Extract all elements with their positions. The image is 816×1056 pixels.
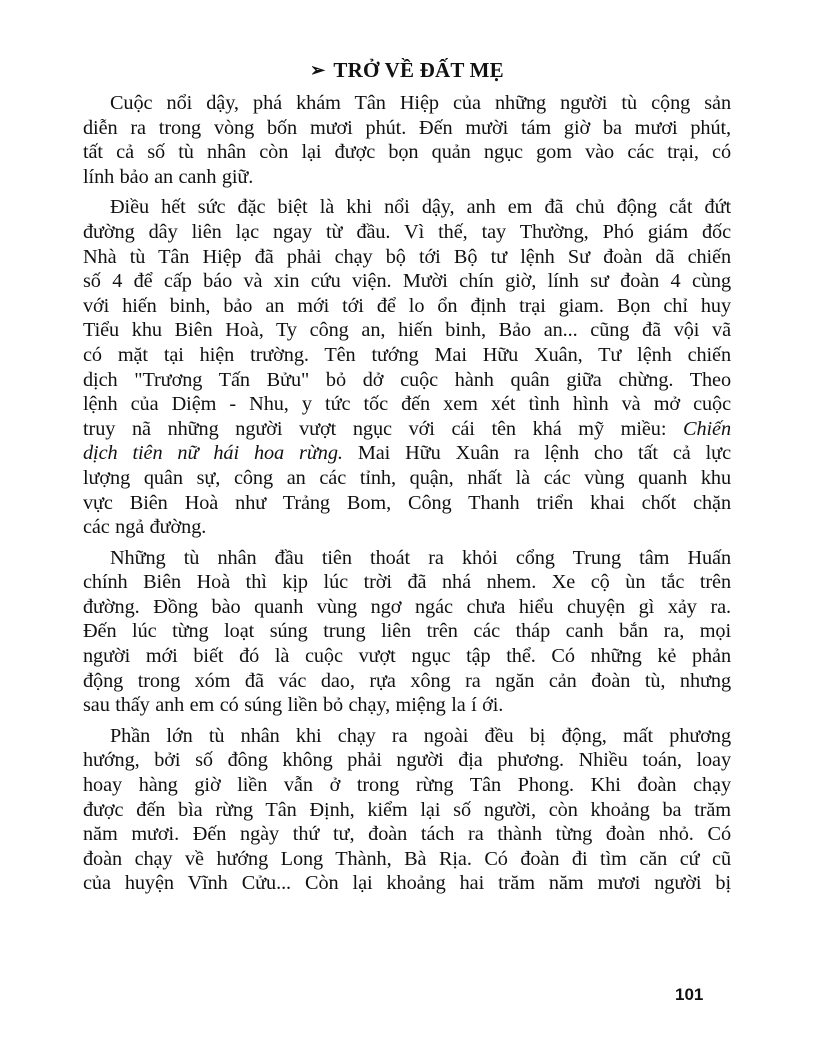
text-line-with-italic: truy nã những người vượt ngục với cái tê… (83, 417, 731, 442)
text-line: lượng quân sự, công an các tỉnh, quận, n… (83, 466, 731, 491)
text-line: vực Biên Hoà như Trảng Bom, Công Thanh t… (83, 491, 731, 516)
text-line: được đến bìa rừng Tân Định, kiểm lại số … (83, 798, 731, 823)
paragraph-3: Những tù nhân đầu tiên thoát ra khỏi cổn… (83, 546, 731, 718)
text-line: Tiểu khu Biên Hoà, Ty công an, hiến binh… (83, 318, 731, 343)
paragraph-1: Cuộc nổi dậy, phá khám Tân Hiệp của nhữn… (83, 91, 731, 189)
text-line: đường. Đồng bào quanh vùng ngơ ngác chưa… (83, 595, 731, 620)
text-line: đường dây liên lạc ngay từ đầu. Vì thế, … (83, 220, 731, 245)
text-line: lính bảo an canh giữ. (83, 165, 731, 190)
book-page: ➢TRỞ VỀ ĐẤT MẸ Cuộc nổi dậy, phá khám Tâ… (83, 56, 731, 902)
text-line: Phần lớn tù nhân khi chạy ra ngoài đều b… (83, 724, 731, 749)
text-line: năm mươi. Đến ngày thứ tư, đoàn tách ra … (83, 822, 731, 847)
text-line: của huyện Vĩnh Cửu... Còn lại khoảng hai… (83, 871, 731, 896)
page-number: 101 (675, 985, 703, 1005)
text-line: diễn ra trong vòng bốn mươi phút. Đến mư… (83, 116, 731, 141)
text-line: tất cả số tù nhân còn lại được bọn quản … (83, 140, 731, 165)
text-line: hoay hàng giờ liền vẫn ở trong rừng Tân … (83, 773, 731, 798)
text-line: Điều hết sức đặc biệt là khi nổi dậy, an… (83, 195, 731, 220)
text-line: chính Biên Hoà thì kịp lúc trời đã nhá n… (83, 570, 731, 595)
paragraph-2: Điều hết sức đặc biệt là khi nổi dậy, an… (83, 195, 731, 539)
text-line: sau thấy anh em có súng liền bỏ chạy, mi… (83, 693, 731, 718)
text-line: số 4 để cấp báo và xin cứu viện. Mười ch… (83, 269, 731, 294)
text-segment: truy nã những người vượt ngục với cái tê… (83, 418, 683, 440)
text-line: Những tù nhân đầu tiên thoát ra khỏi cổn… (83, 546, 731, 571)
text-line: Nhà tù Tân Hiệp đã phải chạy bộ tới Bộ t… (83, 245, 731, 270)
italic-phrase: dịch tiên nữ hái hoa rừng. (83, 442, 343, 464)
text-line-with-italic: dịch tiên nữ hái hoa rừng. Mai Hữu Xuân … (83, 441, 731, 466)
section-title-text: TRỞ VỀ ĐẤT MẸ (333, 58, 503, 82)
text-line: với hiến binh, bảo an mới tới để lo ổn đ… (83, 294, 731, 319)
text-line: hướng, bởi số đông không phải người địa … (83, 748, 731, 773)
text-segment: Mai Hữu Xuân ra lệnh cho tất cả lực (358, 442, 731, 464)
text-line: có mặt tại hiện trường. Tên tướng Mai Hữ… (83, 343, 731, 368)
text-line: dịch "Trương Tấn Bửu" bỏ dở cuộc hành qu… (83, 368, 731, 393)
paragraph-4: Phần lớn tù nhân khi chạy ra ngoài đều b… (83, 724, 731, 896)
text-line: Đến lúc từng loạt súng trung liên trên c… (83, 619, 731, 644)
text-line: động trong xóm đã vác dao, rựa xông ra n… (83, 669, 731, 694)
arrow-bullet-icon: ➢ (310, 56, 325, 84)
italic-phrase: Chiến (683, 418, 731, 440)
text-line: Cuộc nổi dậy, phá khám Tân Hiệp của nhữn… (83, 91, 731, 116)
text-line: lệnh của Diệm - Nhu, y tức tốc đến xem x… (83, 392, 731, 417)
section-title: ➢TRỞ VỀ ĐẤT MẸ (83, 56, 731, 85)
text-line: đoàn chạy về hướng Long Thành, Bà Rịa. C… (83, 847, 731, 872)
text-line: các ngả đường. (83, 515, 731, 540)
text-line: người mới biết đó là cuộc vượt ngục tập … (83, 644, 731, 669)
